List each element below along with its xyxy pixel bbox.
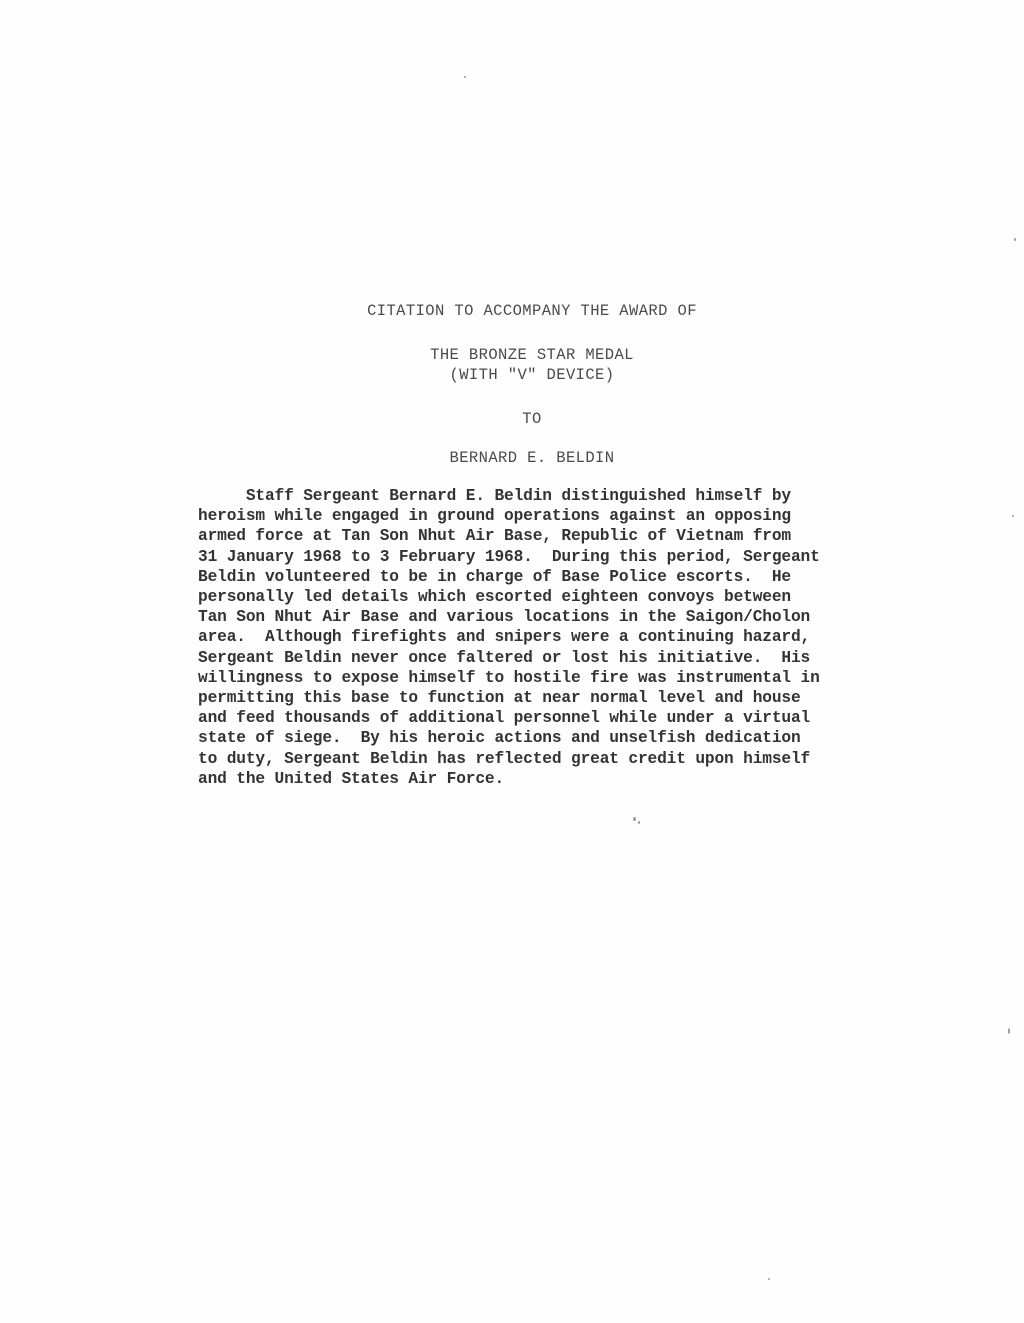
body-line: willingness to expose himself to hostile…: [198, 668, 878, 688]
body-line: permitting this base to function at near…: [198, 688, 878, 708]
scan-speck: [1014, 238, 1016, 241]
body-line: heroism while engaged in ground operatio…: [198, 506, 878, 526]
body-line: Tan Son Nhut Air Base and various locati…: [198, 607, 878, 627]
body-line: 31 January 1968 to 3 February 1968. Duri…: [198, 547, 878, 567]
body-line: state of siege. By his heroic actions an…: [198, 728, 878, 748]
scan-speck: [638, 821, 640, 824]
scan-speck: [1012, 515, 1014, 517]
document-page: CITATION TO ACCOMPANY THE AWARD OF THE B…: [0, 0, 1024, 1323]
award-name: THE BRONZE STAR MEDAL: [0, 346, 1024, 364]
to-label: TO: [0, 410, 1024, 428]
citation-body: Staff Sergeant Bernard E. Beldin disting…: [198, 486, 878, 789]
scan-speck: [768, 1278, 770, 1280]
award-device: (WITH "V" DEVICE): [0, 366, 1024, 384]
body-line: armed force at Tan Son Nhut Air Base, Re…: [198, 526, 878, 546]
body-line: personally led details which escorted ei…: [198, 587, 878, 607]
scan-speck: [1008, 1028, 1010, 1034]
body-line: area. Although firefights and snipers we…: [198, 627, 878, 647]
body-line: Sergeant Beldin never once faltered or l…: [198, 648, 878, 668]
scan-speck: [633, 817, 636, 821]
citation-title: CITATION TO ACCOMPANY THE AWARD OF: [0, 302, 1024, 320]
body-line: and feed thousands of additional personn…: [198, 708, 878, 728]
body-line: Beldin volunteered to be in charge of Ba…: [198, 567, 878, 587]
scan-speck: [464, 76, 466, 78]
body-line: Staff Sergeant Bernard E. Beldin disting…: [198, 486, 878, 506]
recipient-name: BERNARD E. BELDIN: [0, 449, 1024, 467]
body-line: and the United States Air Force.: [198, 769, 878, 789]
body-line: to duty, Sergeant Beldin has reflected g…: [198, 749, 878, 769]
